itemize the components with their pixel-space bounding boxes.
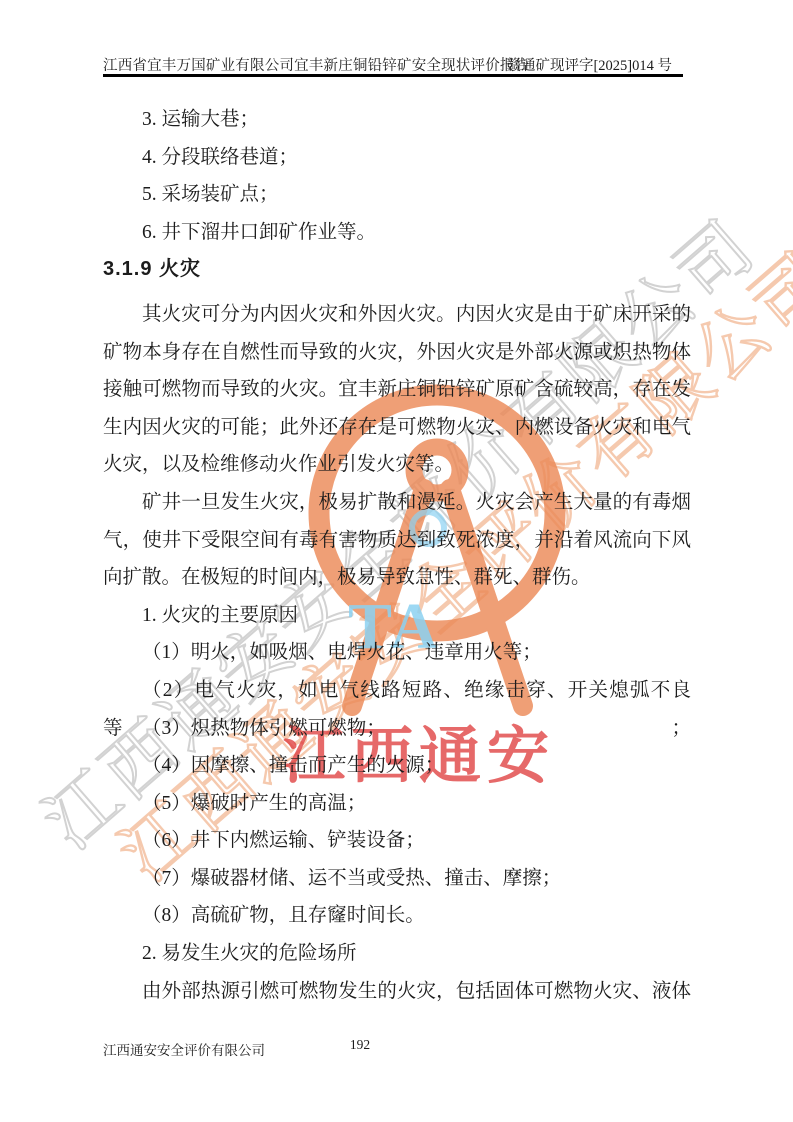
doc-number: 赣通矿现评字[2025]014 号 <box>506 54 672 75</box>
list-item: （7）爆破器材储、运不当或受热、撞击、摩擦； <box>103 860 691 898</box>
paragraph-line: 其火灾可分为内因火灾和外因火灾。内因火灾是由于矿床开采的 <box>103 296 691 334</box>
footer-company: 江西通安安全评价有限公司 <box>103 1039 265 1059</box>
list-item: （6）井下内燃运输、铲装设备； <box>103 822 691 860</box>
list-header: 2. 易发生火灾的危险场所 <box>103 935 691 973</box>
list-item: （1）明火，如吸烟、电焊火花、违章用火等； <box>103 634 691 672</box>
list-item: （5）爆破时产生的高温； <box>103 785 691 823</box>
list-item: （8）高硫矿物，且存窿时间长。 <box>103 897 691 935</box>
list-item: 6. 井下溜井口卸矿作业等。 <box>103 214 691 252</box>
document-page: 江西通安安全评价有限公司 江西通安安全评价有限公司 TA 江西通安 江西省宜丰万… <box>0 0 793 1122</box>
list-item: 3. 运输大巷； <box>103 101 691 139</box>
paragraph-line: 由外部热源引燃可燃物发生的火灾，包括固体可燃物火灾、液体 <box>103 973 691 1011</box>
section-heading: 3.1.9 火灾 <box>103 251 691 289</box>
paragraph-line: 向扩散。在极短的时间内，极易导致急性、群死、群伤。 <box>103 559 691 597</box>
paragraph-line: 气，使井下受限空间有毒有害物质达到致死浓度，并沿着风流向下风 <box>103 522 691 560</box>
list-header: 1. 火灾的主要原因 <box>103 597 691 635</box>
page-number: 192 <box>330 1037 390 1053</box>
paragraph-line: 火灾，以及检维修动火作业引发火灾等。 <box>103 446 691 484</box>
list-item: （4）因摩擦、撞击而产生的火源； <box>103 747 691 785</box>
report-title: 江西省宜丰万国矿业有限公司宜丰新庄铜铅锌矿安全现状评价报告 <box>103 54 529 75</box>
list-item: 5. 采场装矿点； <box>103 176 691 214</box>
header-rule <box>103 74 683 77</box>
body-text: 3. 运输大巷； 4. 分段联络巷道； 5. 采场装矿点； 6. 井下溜井口卸矿… <box>103 101 691 1010</box>
paragraph-line: 矿井一旦发生火灾，极易扩散和漫延。火灾会产生大量的有毒烟 <box>103 484 691 522</box>
paragraph-line: 接触可燃物而导致的火灾。宜丰新庄铜铅锌矿原矿含硫较高，存在发 <box>103 371 691 409</box>
list-item: 4. 分段联络巷道； <box>103 139 691 177</box>
paragraph-line: 生内因火灾的可能；此外还存在是可燃物火灾、内燃设备火灾和电气 <box>103 409 691 447</box>
paragraph-line: 矿物本身存在自燃性而导致的火灾，外因火灾是外部火源或炽热物体 <box>103 334 691 372</box>
list-item: （2）电气火灾，如电气线路短路、绝缘击穿、开关熄弧不良等； <box>103 672 691 710</box>
